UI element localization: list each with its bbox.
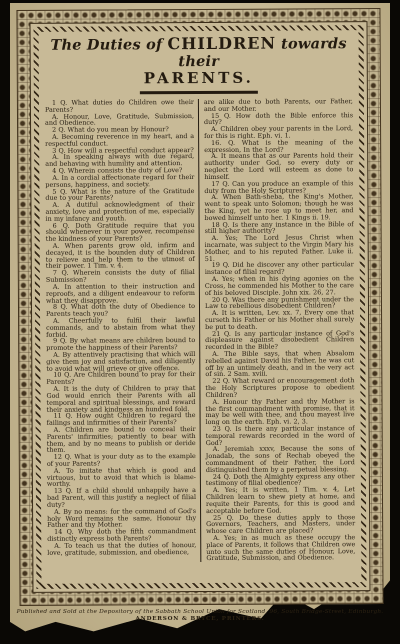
- question-paragraph: 21 Q. Is any particular instance of God'…: [205, 330, 354, 351]
- title-main-word: CHILDREN: [167, 34, 276, 54]
- inner-rule-border: The Duties of CHILDREN towards their PAR…: [30, 21, 371, 593]
- photo-background: { "page": { "title_pre": "The Duties of"…: [0, 0, 400, 644]
- answer-paragraph: A. By attentively practising that which …: [46, 351, 195, 372]
- answer-paragraph: A. Yes; in as much as these occupy the p…: [206, 534, 355, 562]
- catechism-columns: 1 Q. What duties do Children owe their P…: [45, 98, 355, 563]
- answer-paragraph: A. It is the duty of Children to pray th…: [46, 385, 195, 413]
- answer-paragraph: A. To teach us that the duties of honour…: [47, 542, 196, 556]
- imprint-footer: Published and Sold at the Depository of …: [0, 609, 400, 623]
- title-rule: [140, 91, 258, 94]
- answer-paragraph: A. It is written, Lev. xx. 7, Every one …: [205, 309, 354, 330]
- title-line2: PARENTS.: [45, 70, 353, 87]
- answer-paragraph: A. Yes; when in his dying agonies on the…: [205, 275, 354, 296]
- answer-paragraph: A. When parents grow old, infirm and dec…: [46, 242, 195, 270]
- answer-paragraph: A. A dutiful acknowledgment of their anx…: [45, 201, 194, 222]
- answer-paragraph: A. Yes; The Lord Jesus Christ when incar…: [205, 234, 354, 262]
- answer-paragraph: A. Cheerfully to fulfil their lawful com…: [46, 317, 195, 338]
- answer-paragraph: A. To imitate that which is good and vir…: [47, 467, 196, 488]
- answer-paragraph: A. Jeremiah xxxv, Because the sons of Jo…: [206, 446, 355, 474]
- publisher-line: Published and Sold at the Depository of …: [0, 609, 400, 616]
- question-paragraph: 13 Q. If a child should unhappily have a…: [47, 487, 196, 508]
- question-paragraph: 6 Q. Doth Gratitude require that you sho…: [46, 222, 195, 243]
- right-column: are alike due to both Parents, our Fathe…: [198, 98, 355, 562]
- answer-paragraph: A. Yes; It is written, 1 Tim. v. 4, Let …: [206, 486, 355, 514]
- page-content: The Duties of CHILDREN towards their PAR…: [39, 30, 362, 584]
- answer-paragraph: A. By no means: for the command of God's…: [47, 508, 196, 529]
- page-title: The Duties of CHILDREN towards their PAR…: [45, 35, 353, 95]
- printer-line: ANDERSON & BRYCE, PRINTERS.: [0, 616, 400, 623]
- answer-paragraph: A. In attention to their instruction and…: [46, 283, 195, 304]
- ornament-border: The Duties of CHILDREN towards their PAR…: [16, 8, 383, 606]
- zigzag-border: The Duties of CHILDREN towards their PAR…: [34, 25, 367, 589]
- title-pre: The Duties of: [50, 36, 162, 54]
- left-column: 1 Q. What duties do Children owe their P…: [45, 99, 200, 563]
- answer-paragraph: A. When Bath-sheba, the King's Mother, w…: [204, 194, 353, 222]
- answer-paragraph: A. It means that as our Parents hold the…: [204, 153, 353, 181]
- question-paragraph: 25 Q. Do these duties apply to those Gov…: [206, 514, 355, 535]
- answer-paragraph: A. Children are bound to conceal their P…: [47, 426, 196, 454]
- question-paragraph: 23 Q. Is there any particular instance o…: [206, 425, 355, 446]
- answer-paragraph: A. The Bible says, that when Absalom reb…: [205, 350, 354, 378]
- question-paragraph: 22 Q. What reward or encouragement doth …: [205, 377, 354, 398]
- title-line1: The Duties of CHILDREN towards their: [45, 35, 353, 70]
- answer-paragraph: A. Honour thy Father and thy Mother is t…: [205, 398, 354, 426]
